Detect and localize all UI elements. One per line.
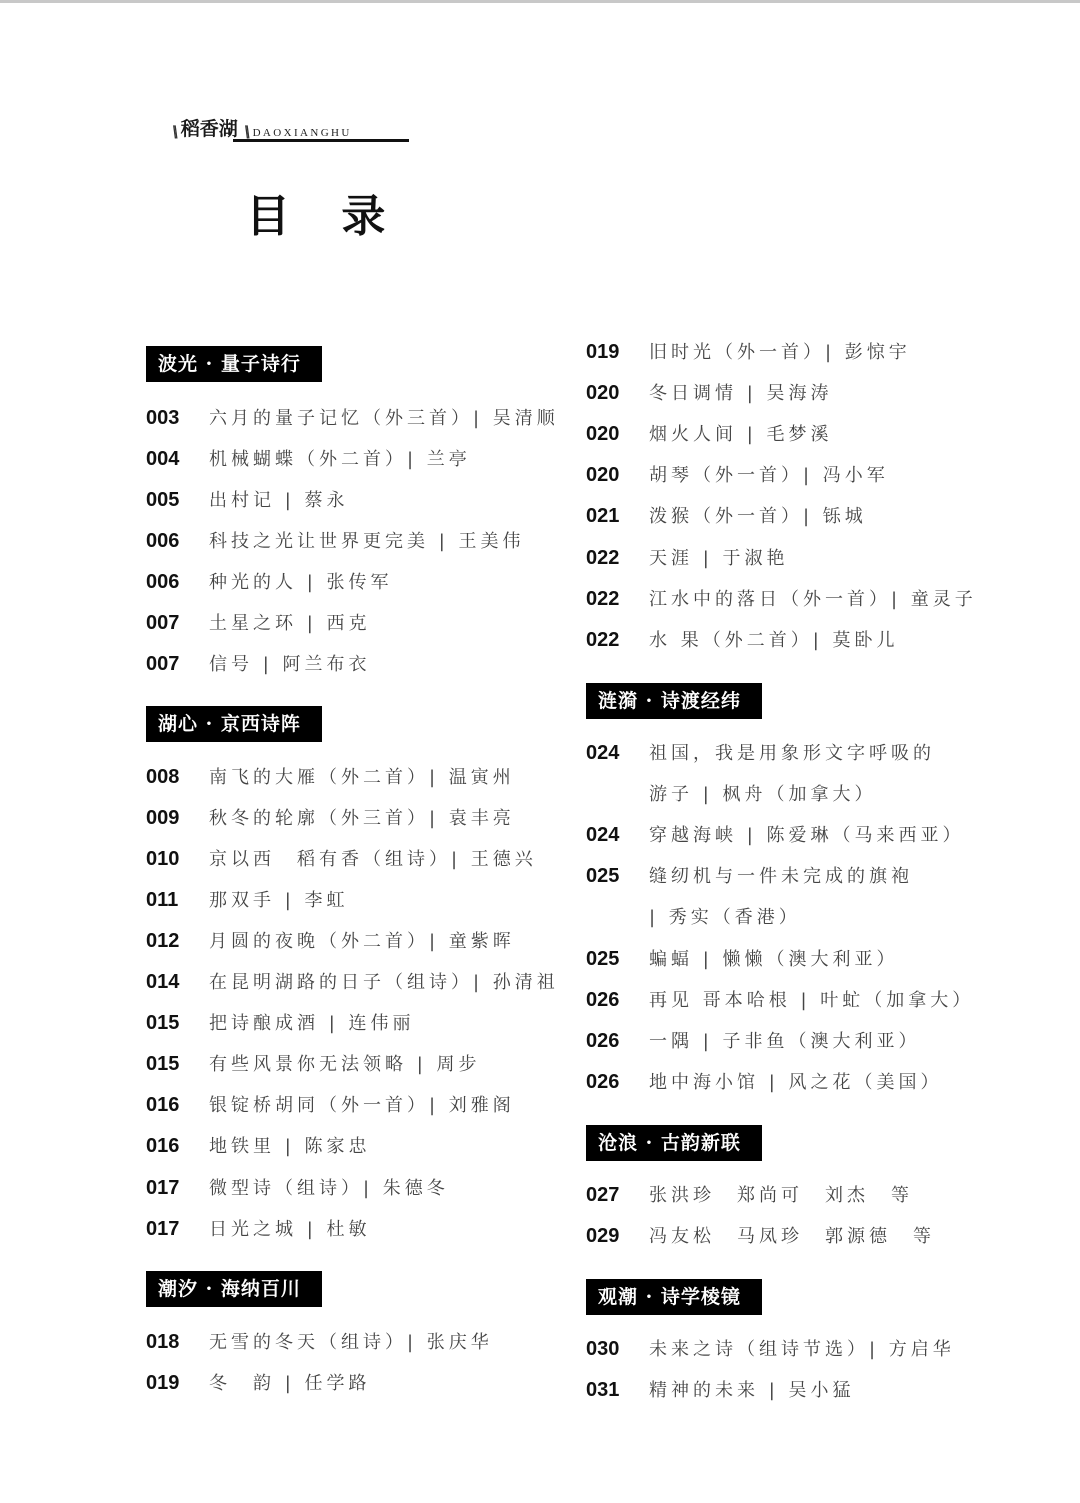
- section-header: 涟漪 · 诗渡经纬: [586, 683, 762, 719]
- entry-title: 日光之城 | 杜敏: [209, 1215, 371, 1241]
- toc-entry[interactable]: 022水 果（外二首）| 莫卧儿: [586, 626, 899, 652]
- toc-entry[interactable]: 019冬 韵 | 任学路: [146, 1369, 371, 1395]
- toc-entry[interactable]: 020胡琴（外一首）| 冯小军: [586, 461, 889, 487]
- page-number: 021: [586, 505, 649, 528]
- page-number: 027: [586, 1184, 649, 1207]
- entry-title: 胡琴（外一首）| 冯小军: [649, 461, 889, 487]
- toc-entry[interactable]: 014在昆明湖路的日子（组诗）| 孙清祖: [146, 968, 559, 994]
- entry-title: 泼猴（外一首）| 铄城: [649, 502, 867, 528]
- page-title: 目 录: [246, 180, 403, 244]
- page-number: 011: [146, 889, 209, 912]
- entry-title: 月圆的夜晚（外二首）| 童紫晖: [209, 927, 515, 953]
- toc-entry[interactable]: 029冯友松 马凤珍 郭源德 等: [586, 1222, 935, 1248]
- page-number: 018: [146, 1331, 209, 1354]
- brand-name-cn: 稻香湖: [181, 114, 238, 141]
- page-number: 017: [146, 1218, 209, 1241]
- toc-entry[interactable]: 027张洪珍 郑尚可 刘杰 等: [586, 1181, 913, 1207]
- entry-title: 信号 | 阿兰布衣: [209, 650, 371, 676]
- toc-entry[interactable]: 007信号 | 阿兰布衣: [146, 650, 371, 676]
- page-number: 022: [586, 588, 649, 611]
- toc-entry[interactable]: 026地中海小馆 | 风之花（美国）: [586, 1068, 943, 1094]
- toc-entry[interactable]: 031精神的未来 | 吴小猛: [586, 1376, 855, 1402]
- entry-title: 冯友松 马凤珍 郭源德 等: [649, 1222, 935, 1248]
- page-number: 026: [586, 1071, 649, 1094]
- page-number: 006: [146, 530, 209, 553]
- entry-title: 烟火人间 | 毛梦溪: [649, 420, 833, 446]
- page-number: 022: [586, 629, 649, 652]
- page-number: 019: [146, 1372, 209, 1395]
- masthead: \\ 稻香湖 \\ DAOXIANGHU: [172, 114, 352, 141]
- entry-title: 缝纫机与一件未完成的旗袍: [649, 862, 913, 888]
- section-header: 观潮 · 诗学棱镜: [586, 1279, 762, 1315]
- entry-title: 机械蝴蝶（外二首）| 兰亭: [209, 445, 471, 471]
- toc-entry[interactable]: 015把诗酿成酒 | 连伟丽: [146, 1009, 415, 1035]
- entry-title: 冬日调情 | 吴海涛: [649, 379, 833, 405]
- entry-title: 蝙蝠 | 懒懒（澳大利亚）: [649, 945, 899, 971]
- toc-entry[interactable]: 016地铁里 | 陈家忠: [146, 1132, 371, 1158]
- section-header: 湖心 · 京西诗阵: [146, 706, 322, 742]
- page-number: 007: [146, 612, 209, 635]
- entry-title: 地中海小馆 | 风之花（美国）: [649, 1068, 943, 1094]
- toc-entry[interactable]: 020冬日调情 | 吴海涛: [586, 379, 833, 405]
- entry-title: 游子 | 枫舟（加拿大）: [649, 780, 877, 806]
- page-number: 024: [586, 824, 649, 847]
- page-number: 016: [146, 1094, 209, 1117]
- page-number: 003: [146, 407, 209, 430]
- masthead-underline: [233, 139, 409, 142]
- entry-title: | 秀实（香港）: [649, 903, 801, 929]
- entry-title: 冬 韵 | 任学路: [209, 1369, 371, 1395]
- toc-entry[interactable]: 008南飞的大雁（外二首）| 温寅州: [146, 763, 515, 789]
- page-number: 020: [586, 464, 649, 487]
- slash-decoration-icon: \\: [170, 122, 176, 141]
- toc-entry[interactable]: 022江水中的落日（外一首）| 童灵子: [586, 585, 977, 611]
- entry-title: 种光的人 | 张传军: [209, 568, 393, 594]
- page-number: 010: [146, 848, 209, 871]
- page-number: 012: [146, 930, 209, 953]
- toc-entry[interactable]: 010京以西 稻有香（组诗）| 王德兴: [146, 845, 537, 871]
- toc-entry[interactable]: 005出村记 | 蔡永: [146, 486, 349, 512]
- entry-title: 天涯 | 于淑艳: [649, 544, 789, 570]
- toc-entry[interactable]: 021泼猴（外一首）| 铄城: [586, 502, 867, 528]
- page-number: 017: [146, 1177, 209, 1200]
- entry-title: 张洪珍 郑尚可 刘杰 等: [649, 1181, 913, 1207]
- entry-title: 江水中的落日（外一首）| 童灵子: [649, 585, 977, 611]
- entry-title: 出村记 | 蔡永: [209, 486, 349, 512]
- section-header: 沧浪 · 古韵新联: [586, 1125, 762, 1161]
- entry-title: 南飞的大雁（外二首）| 温寅州: [209, 763, 515, 789]
- toc-entry-continuation[interactable]: 游子 | 枫舟（加拿大）: [586, 780, 877, 806]
- toc-entry[interactable]: 030未来之诗（组诗节选）| 方启华: [586, 1335, 955, 1361]
- page-number: 014: [146, 971, 209, 994]
- toc-entry[interactable]: 004机械蝴蝶（外二首）| 兰亭: [146, 445, 471, 471]
- entry-title: 秋冬的轮廓（外三首）| 袁丰亮: [209, 804, 515, 830]
- entry-title: 六月的量子记忆（外三首）| 吴清顺: [209, 404, 559, 430]
- section-header: 波光 · 量子诗行: [146, 346, 322, 382]
- toc-entry[interactable]: 025蝙蝠 | 懒懒（澳大利亚）: [586, 945, 899, 971]
- entry-title: 无雪的冬天（组诗）| 张庆华: [209, 1328, 493, 1354]
- toc-entry[interactable]: 024祖国，我是用象形文字呼吸的: [586, 739, 935, 765]
- entry-title: 一隅 | 子非鱼（澳大利亚）: [649, 1027, 921, 1053]
- page-number: 008: [146, 766, 209, 789]
- toc-entry[interactable]: 024穿越海峡 | 陈爱琳（马来西亚）: [586, 821, 965, 847]
- page-number: 025: [586, 865, 649, 888]
- page-number: 031: [586, 1379, 649, 1402]
- entry-title: 把诗酿成酒 | 连伟丽: [209, 1009, 415, 1035]
- entry-title: 地铁里 | 陈家忠: [209, 1132, 371, 1158]
- entry-title: 再见 哥本哈根 | 叶虻（加拿大）: [649, 986, 974, 1012]
- page-top-edge: [0, 0, 1080, 3]
- page-number: 016: [146, 1135, 209, 1158]
- page-number: 015: [146, 1053, 209, 1076]
- toc-entry[interactable]: 026一隅 | 子非鱼（澳大利亚）: [586, 1027, 921, 1053]
- toc-entry[interactable]: 009秋冬的轮廓（外三首）| 袁丰亮: [146, 804, 515, 830]
- entry-title: 精神的未来 | 吴小猛: [649, 1376, 855, 1402]
- toc-entry[interactable]: 018无雪的冬天（组诗）| 张庆华: [146, 1328, 493, 1354]
- toc-entry[interactable]: 003六月的量子记忆（外三首）| 吴清顺: [146, 404, 559, 430]
- toc-entry-continuation[interactable]: | 秀实（香港）: [586, 903, 801, 929]
- toc-entry[interactable]: 015有些风景你无法领略 | 周步: [146, 1050, 481, 1076]
- entry-title: 微型诗（组诗）| 朱德冬: [209, 1174, 449, 1200]
- page-number: 024: [586, 742, 649, 765]
- toc-entry[interactable]: 019旧时光（外一首）| 彭惊宇: [586, 338, 911, 364]
- page-number: 007: [146, 653, 209, 676]
- page-number: 015: [146, 1012, 209, 1035]
- page-number: 022: [586, 547, 649, 570]
- page-number: 004: [146, 448, 209, 471]
- page-number: 020: [586, 382, 649, 405]
- page-number: 020: [586, 423, 649, 446]
- toc-entry[interactable]: 025缝纫机与一件未完成的旗袍: [586, 862, 913, 888]
- page-number: 009: [146, 807, 209, 830]
- toc-entry[interactable]: 016银锭桥胡同（外一首）| 刘雅阁: [146, 1091, 515, 1117]
- entry-title: 穿越海峡 | 陈爱琳（马来西亚）: [649, 821, 965, 847]
- entry-title: 银锭桥胡同（外一首）| 刘雅阁: [209, 1091, 515, 1117]
- toc-entry[interactable]: 020烟火人间 | 毛梦溪: [586, 420, 833, 446]
- toc-entry[interactable]: 007土星之环 | 西克: [146, 609, 371, 635]
- entry-title: 那双手 | 李虹: [209, 886, 349, 912]
- entry-title: 旧时光（外一首）| 彭惊宇: [649, 338, 911, 364]
- page-number: 026: [586, 1030, 649, 1053]
- toc-entry[interactable]: 017日光之城 | 杜敏: [146, 1215, 371, 1241]
- toc-entry[interactable]: 022天涯 | 于淑艳: [586, 544, 789, 570]
- entry-title: 水 果（外二首）| 莫卧儿: [649, 626, 899, 652]
- entry-title: 祖国，我是用象形文字呼吸的: [649, 739, 935, 765]
- page-number: 025: [586, 948, 649, 971]
- toc-entry[interactable]: 006科技之光让世界更完美 | 王美伟: [146, 527, 525, 553]
- entry-title: 未来之诗（组诗节选）| 方启华: [649, 1335, 955, 1361]
- section-header: 潮汐 · 海纳百川: [146, 1271, 322, 1307]
- page-number: 019: [586, 341, 649, 364]
- toc-entry[interactable]: 006种光的人 | 张传军: [146, 568, 393, 594]
- page-number: 006: [146, 571, 209, 594]
- entry-title: 科技之光让世界更完美 | 王美伟: [209, 527, 525, 553]
- entry-title: 有些风景你无法领略 | 周步: [209, 1050, 481, 1076]
- page-number: 029: [586, 1225, 649, 1248]
- toc-entry[interactable]: 012月圆的夜晚（外二首）| 童紫晖: [146, 927, 515, 953]
- entry-title: 京以西 稻有香（组诗）| 王德兴: [209, 845, 537, 871]
- page-number: 030: [586, 1338, 649, 1361]
- entry-title: 在昆明湖路的日子（组诗）| 孙清祖: [209, 968, 559, 994]
- page-number: 026: [586, 989, 649, 1012]
- toc-entry[interactable]: 026再见 哥本哈根 | 叶虻（加拿大）: [586, 986, 974, 1012]
- entry-title: 土星之环 | 西克: [209, 609, 371, 635]
- toc-entry[interactable]: 017微型诗（组诗）| 朱德冬: [146, 1174, 449, 1200]
- page-number: 005: [146, 489, 209, 512]
- toc-entry[interactable]: 011那双手 | 李虹: [146, 886, 349, 912]
